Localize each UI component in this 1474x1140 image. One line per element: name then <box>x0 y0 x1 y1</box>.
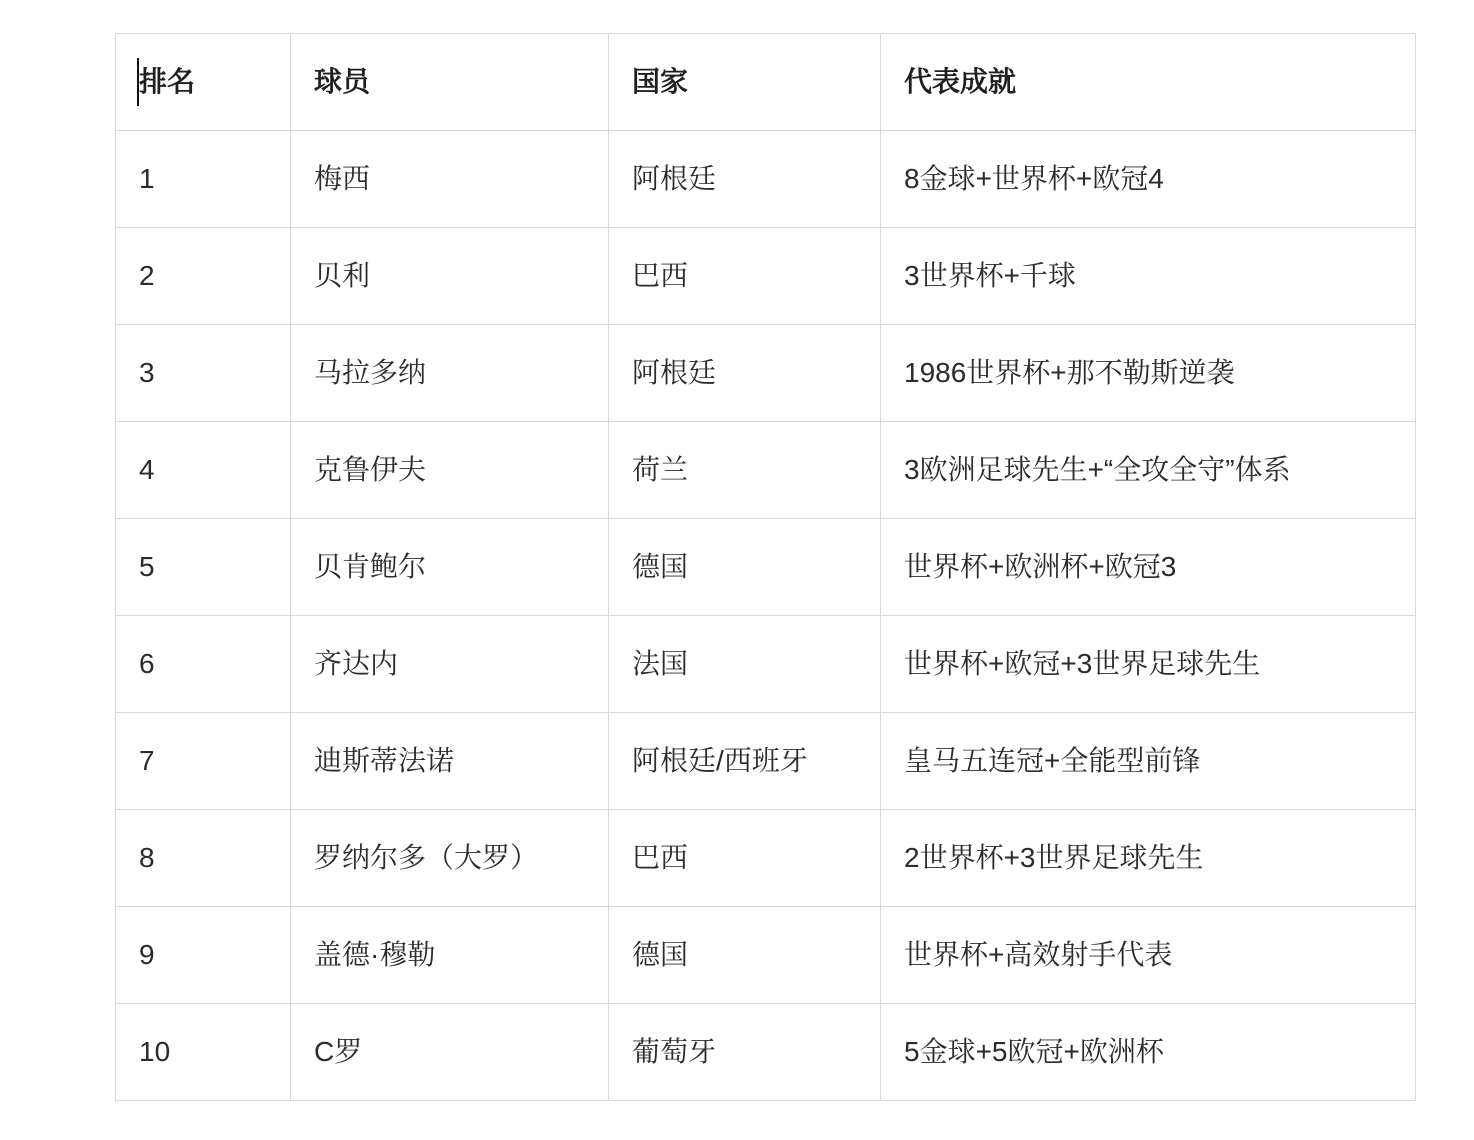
header-label-achievement: 代表成就 <box>904 66 1016 97</box>
cell-rank[interactable]: 9 <box>116 907 291 1004</box>
document-page: 排名 球员 国家 代表成就 1 梅西 阿根廷 8金球+世界杯+欧冠4 2 贝利 <box>0 0 1474 1140</box>
cell-country[interactable]: 葡萄牙 <box>609 1004 881 1101</box>
header-cell-rank[interactable]: 排名 <box>116 34 291 131</box>
cell-achievement[interactable]: 3世界杯+千球 <box>881 228 1416 325</box>
cell-player[interactable]: 梅西 <box>291 131 609 228</box>
ranking-table-container: 排名 球员 国家 代表成就 1 梅西 阿根廷 8金球+世界杯+欧冠4 2 贝利 <box>115 33 1416 1101</box>
table-row: 6 齐达内 法国 世界杯+欧冠+3世界足球先生 <box>116 616 1416 713</box>
cell-achievement[interactable]: 皇马五连冠+全能型前锋 <box>881 713 1416 810</box>
cell-country[interactable]: 德国 <box>609 907 881 1004</box>
cell-rank[interactable]: 10 <box>116 1004 291 1101</box>
cell-player[interactable]: 贝肯鲍尔 <box>291 519 609 616</box>
cell-country[interactable]: 阿根廷 <box>609 131 881 228</box>
cell-achievement[interactable]: 1986世界杯+那不勒斯逆袭 <box>881 325 1416 422</box>
header-cell-country[interactable]: 国家 <box>609 34 881 131</box>
header-cell-player[interactable]: 球员 <box>291 34 609 131</box>
cell-country[interactable]: 法国 <box>609 616 881 713</box>
table-row: 3 马拉多纳 阿根廷 1986世界杯+那不勒斯逆袭 <box>116 325 1416 422</box>
cell-player[interactable]: 马拉多纳 <box>291 325 609 422</box>
cell-achievement[interactable]: 2世界杯+3世界足球先生 <box>881 810 1416 907</box>
cell-rank[interactable]: 6 <box>116 616 291 713</box>
table-row: 8 罗纳尔多（大罗） 巴西 2世界杯+3世界足球先生 <box>116 810 1416 907</box>
header-row: 排名 球员 国家 代表成就 <box>116 34 1416 131</box>
table-row: 9 盖德·穆勒 德国 世界杯+高效射手代表 <box>116 907 1416 1004</box>
cell-country[interactable]: 巴西 <box>609 810 881 907</box>
cell-rank[interactable]: 1 <box>116 131 291 228</box>
header-label-country: 国家 <box>632 66 688 97</box>
cell-rank[interactable]: 4 <box>116 422 291 519</box>
cell-country[interactable]: 荷兰 <box>609 422 881 519</box>
cell-achievement[interactable]: 世界杯+欧冠+3世界足球先生 <box>881 616 1416 713</box>
cell-country[interactable]: 阿根廷 <box>609 325 881 422</box>
cell-rank[interactable]: 3 <box>116 325 291 422</box>
cell-player[interactable]: 贝利 <box>291 228 609 325</box>
cell-rank[interactable]: 2 <box>116 228 291 325</box>
cell-player[interactable]: 齐达内 <box>291 616 609 713</box>
cell-achievement[interactable]: 世界杯+欧洲杯+欧冠3 <box>881 519 1416 616</box>
table-row: 1 梅西 阿根廷 8金球+世界杯+欧冠4 <box>116 131 1416 228</box>
cell-rank[interactable]: 8 <box>116 810 291 907</box>
table-row: 7 迪斯蒂法诺 阿根廷/西班牙 皇马五连冠+全能型前锋 <box>116 713 1416 810</box>
cell-player[interactable]: 克鲁伊夫 <box>291 422 609 519</box>
table-row: 5 贝肯鲍尔 德国 世界杯+欧洲杯+欧冠3 <box>116 519 1416 616</box>
cell-country[interactable]: 德国 <box>609 519 881 616</box>
cell-player[interactable]: C罗 <box>291 1004 609 1101</box>
cell-player[interactable]: 罗纳尔多（大罗） <box>291 810 609 907</box>
text-cursor <box>137 58 139 106</box>
header-label-player: 球员 <box>314 66 370 97</box>
table-row: 10 C罗 葡萄牙 5金球+5欧冠+欧洲杯 <box>116 1004 1416 1101</box>
cell-country[interactable]: 巴西 <box>609 228 881 325</box>
ranking-table: 排名 球员 国家 代表成就 1 梅西 阿根廷 8金球+世界杯+欧冠4 2 贝利 <box>115 33 1416 1101</box>
table-row: 4 克鲁伊夫 荷兰 3欧洲足球先生+“全攻全守”体系 <box>116 422 1416 519</box>
cell-achievement[interactable]: 世界杯+高效射手代表 <box>881 907 1416 1004</box>
header-cell-achievement[interactable]: 代表成就 <box>881 34 1416 131</box>
cell-rank[interactable]: 5 <box>116 519 291 616</box>
header-label-rank: 排名 <box>139 66 195 97</box>
cell-player[interactable]: 迪斯蒂法诺 <box>291 713 609 810</box>
cell-rank[interactable]: 7 <box>116 713 291 810</box>
cell-player[interactable]: 盖德·穆勒 <box>291 907 609 1004</box>
table-row: 2 贝利 巴西 3世界杯+千球 <box>116 228 1416 325</box>
cell-achievement[interactable]: 5金球+5欧冠+欧洲杯 <box>881 1004 1416 1101</box>
cell-achievement[interactable]: 8金球+世界杯+欧冠4 <box>881 131 1416 228</box>
cell-country[interactable]: 阿根廷/西班牙 <box>609 713 881 810</box>
cell-achievement[interactable]: 3欧洲足球先生+“全攻全守”体系 <box>881 422 1416 519</box>
